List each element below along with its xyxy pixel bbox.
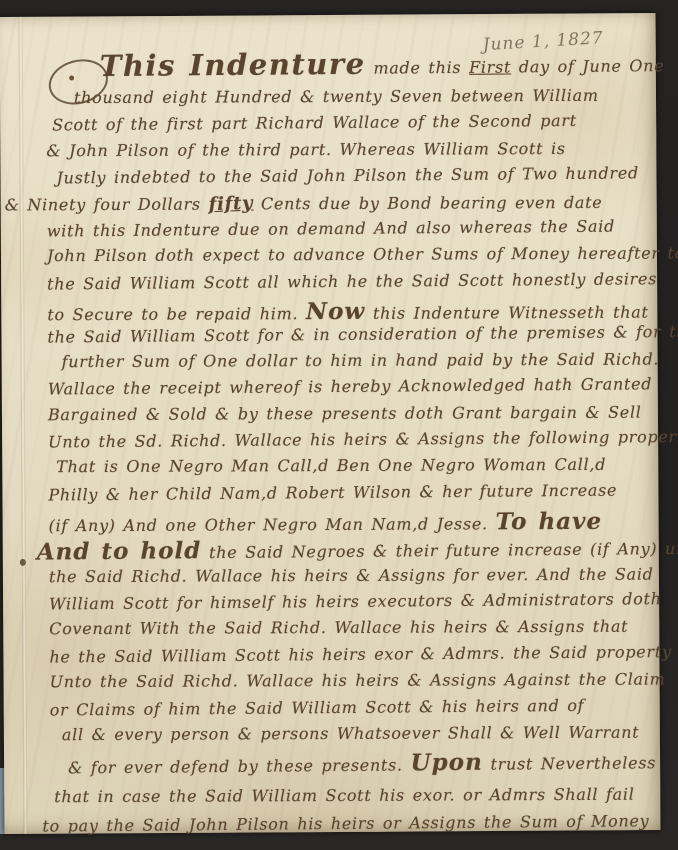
- text-segment: & Ninety four Dollars: [5, 194, 209, 214]
- manuscript-paper: June 1, 1827 This Indenture made this Fi…: [0, 13, 660, 834]
- text-segment: Wallace the receipt whereof is hereby Ac…: [48, 375, 653, 399]
- text-segment: he the Said William Scott his heirs exor…: [49, 642, 671, 666]
- manuscript-line: the Said William Scott all which he the …: [47, 269, 643, 301]
- manuscript-line: Unto the Said Richd. Wallace his heirs &…: [50, 670, 646, 699]
- text-segment: William Scott for himself his heirs exec…: [49, 589, 662, 613]
- manuscript-line: & Ninety four Dollars fifty Cents due by…: [5, 191, 643, 220]
- text-segment: that in case the Said William Scott his …: [54, 784, 634, 806]
- manuscript-line: the Said Richd. Wallace his heirs & Assi…: [49, 564, 645, 593]
- text-segment: or Claims of him the Said William Scott …: [50, 695, 585, 719]
- manuscript-line: & John Pilson of the third part. Whereas…: [46, 138, 642, 167]
- text-segment: John Pilson doth expect to advance Other…: [47, 244, 678, 266]
- text-segment: Unto the Said Richd. Wallace his heirs &…: [50, 670, 666, 692]
- opening-phrase: This Indenture: [100, 47, 366, 83]
- text-segment: (if Any) And one Other Negro Man Nam,d J…: [49, 515, 496, 536]
- text-segment: thousand eight Hundred & twenty Seven be…: [74, 86, 599, 107]
- text-segment: & John Pilson of the third part. Whereas…: [46, 139, 566, 160]
- text-segment: Philly & her Child Nam,d Robert Wilson &…: [48, 480, 617, 504]
- manuscript-line: And to hold the Said Negroes & their fut…: [37, 533, 645, 568]
- manuscript-line: That is One Negro Man Call,d Ben One Neg…: [48, 455, 644, 484]
- text-segment: further Sum of One dollar to him in hand…: [62, 349, 660, 371]
- text-segment: Justly indebted to the Said John Pilson …: [56, 164, 639, 188]
- text-segment: fifty: [208, 192, 253, 215]
- text-segment: That is One Negro Man Call,d Ben One Neg…: [56, 455, 606, 476]
- manuscript: This Indenture made this First day of Ju…: [0, 13, 660, 834]
- text-segment: all & every person & persons Whatsoever …: [62, 723, 640, 745]
- text-segment: And to hold: [37, 537, 202, 565]
- text-segment: the Said William Scott all which he the …: [47, 269, 657, 293]
- text-segment: to Secure to be repaid him.: [47, 304, 306, 324]
- manuscript-line: to Secure to be repaid him. Now this Ind…: [47, 297, 643, 326]
- text-segment: this Indenture Witnesseth that: [365, 303, 649, 323]
- text-segment: to pay the Said John Pilson his heirs or…: [42, 811, 649, 835]
- text-segment: First: [469, 57, 511, 76]
- manuscript-line: Bargained & Sold & by these presents dot…: [48, 402, 644, 431]
- manuscript-line: Covenant With the Said Richd. Wallace hi…: [49, 617, 645, 646]
- manuscript-line: Wallace the receipt whereof is hereby Ac…: [48, 375, 644, 407]
- manuscript-line: or Claims of him the Said William Scott …: [50, 695, 646, 727]
- text-segment: Scott of the first part Richard Wallace …: [52, 111, 577, 135]
- text-segment: & for ever defend by these presents.: [68, 756, 411, 778]
- text-segment: Covenant With the Said Richd. Wallace hi…: [49, 617, 628, 639]
- scan-background: June 1, 1827 This Indenture made this Fi…: [0, 0, 678, 850]
- text-segment: the Said Negroes & their future increase…: [201, 538, 678, 561]
- manuscript-line: he the Said William Scott his heirs exor…: [49, 642, 645, 674]
- text-segment: Bargained & Sold & by these presents dot…: [48, 402, 642, 424]
- text-segment: Upon: [410, 749, 482, 777]
- text-segment: trust Nevertheless: [483, 754, 657, 775]
- manuscript-line: John Pilson doth expect to advance Other…: [47, 244, 643, 273]
- manuscript-line: Scott of the first part Richard Wallace …: [46, 111, 642, 143]
- manuscript-line: to pay the Said John Pilson his heirs or…: [42, 811, 646, 843]
- manuscript-line: & for ever defend by these presents. Upo…: [50, 748, 646, 780]
- manuscript-line: the Said William Scott for & in consider…: [47, 322, 643, 354]
- manuscript-line: This Indenture made this First day of Ju…: [46, 44, 642, 89]
- text-segment: Cents due by Bond bearing even date: [253, 192, 602, 213]
- manuscript-line: Justly indebted to the Said John Pilson …: [46, 163, 642, 195]
- text-segment: To have: [496, 508, 603, 535]
- text-segment: day of June One: [511, 56, 664, 76]
- manuscript-line: that in case the Said William Scott his …: [50, 784, 646, 813]
- text-segment: Now: [306, 298, 365, 325]
- text-segment: with this Indenture due on demand And al…: [47, 217, 615, 241]
- text-segment: made this: [366, 58, 470, 78]
- manuscript-line: (if Any) And one Other Negro Man Nam,d J…: [49, 508, 645, 537]
- text-segment: the Said Richd. Wallace his heirs & Assi…: [49, 564, 654, 586]
